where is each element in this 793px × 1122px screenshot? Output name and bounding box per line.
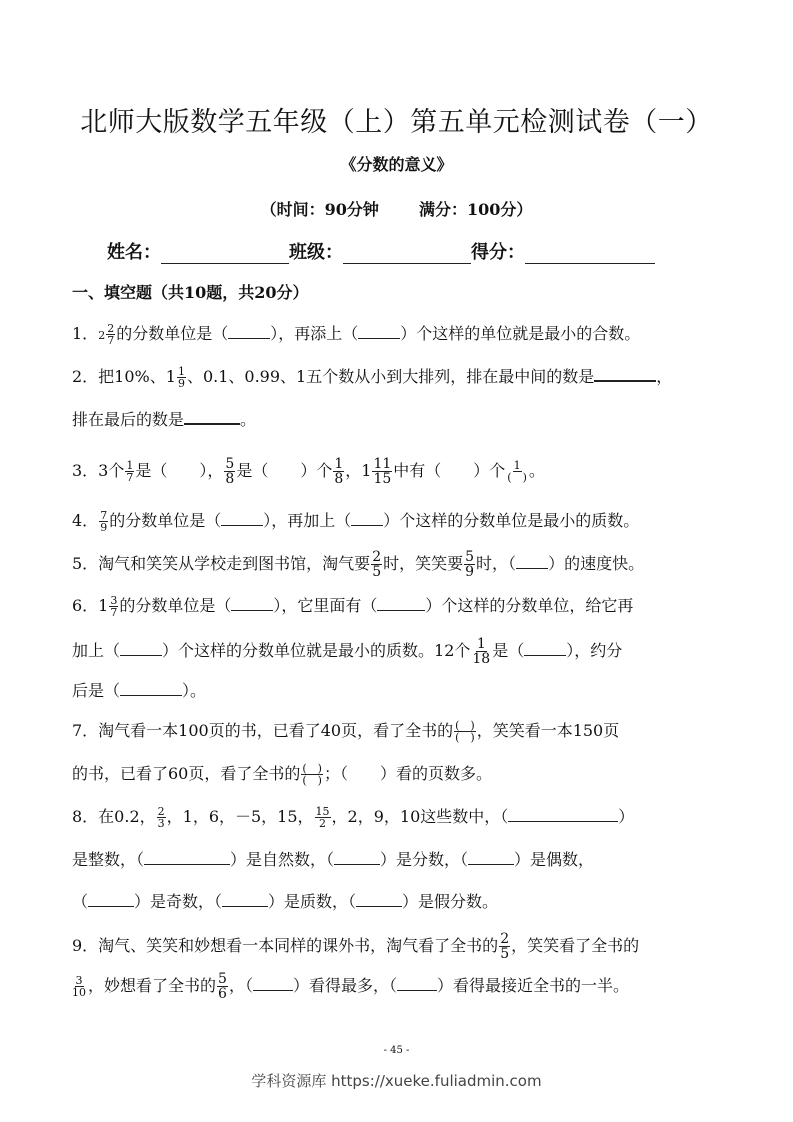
- answer-blank[interactable]: [221, 509, 263, 526]
- answer-blank[interactable]: [253, 974, 293, 991]
- fraction: 25: [499, 932, 510, 961]
- page-subtitle: 《分数的意义》: [0, 152, 793, 175]
- answer-blank[interactable]: [231, 594, 273, 611]
- answer-blank[interactable]: [120, 639, 162, 656]
- answer-blank[interactable]: [594, 364, 656, 382]
- answer-blank[interactable]: [524, 639, 566, 656]
- question-8: 8．在0.2，23，1，6，－5，15，152，2，9，10这些数中，（）: [72, 805, 634, 829]
- fraction: 1115: [372, 457, 392, 486]
- fraction: 19: [177, 366, 186, 389]
- question-7-line-2: 的书，已看了60页，看了全书的( )( )；（ ）看的页数多。: [72, 763, 492, 786]
- question-3: 3．3个17是（ ），58是（ ）个18，11115中有（ ）个1( )。: [72, 457, 545, 486]
- page-title: 北师大版数学五年级（上）第五单元检测试卷（一）: [0, 100, 793, 139]
- score-label: 得分：: [471, 242, 525, 263]
- section-title: 一、填空题（共10题，共20分）: [72, 280, 309, 303]
- time-limit: （时间：90分钟: [261, 200, 379, 219]
- answer-blank[interactable]: [144, 848, 230, 865]
- question-6: 6．137的分数单位是（），它里面有（）个这样的分数单位，给它再: [72, 594, 633, 618]
- answer-blank[interactable]: [222, 890, 268, 907]
- question-2: 2．把10%、119、0.1、0.99、1五个数从小到大排列，排在最中间的数是，: [72, 364, 672, 389]
- answer-blank[interactable]: [351, 509, 383, 526]
- fraction-blank[interactable]: ( )( ): [301, 763, 323, 786]
- fraction: 27: [106, 323, 115, 346]
- fraction: 152: [315, 806, 331, 829]
- answer-blank[interactable]: [88, 890, 134, 907]
- answer-blank[interactable]: [358, 322, 400, 339]
- answer-blank[interactable]: [516, 552, 548, 569]
- fraction: 1( ): [506, 460, 528, 483]
- name-field[interactable]: [161, 243, 289, 264]
- name-label: 姓名：: [107, 242, 161, 263]
- question-5: 5．淘气和笑笑从学校走到图书馆，淘气要25时，笑笑要59时，（）的速度快。: [72, 550, 644, 579]
- answer-blank[interactable]: [228, 322, 270, 339]
- answer-blank[interactable]: [334, 848, 380, 865]
- full-score: 满分：100分）: [419, 200, 532, 219]
- answer-blank[interactable]: [377, 594, 425, 611]
- fraction: 25: [371, 550, 382, 579]
- class-field[interactable]: [343, 243, 471, 264]
- fraction: 23: [157, 806, 166, 829]
- page-number: - 45 -: [0, 1045, 793, 1056]
- score-field[interactable]: [525, 243, 655, 264]
- question-8-line-3: （）是奇数，（）是质数，（）是假分数。: [72, 890, 498, 912]
- fraction: 310: [71, 975, 87, 998]
- question-9-line-2: 310，妙想看了全书的56，（）看得最多，（）看得最接近全书的一半。: [70, 972, 629, 1001]
- fraction: 79: [99, 510, 108, 533]
- fraction: 17: [125, 460, 134, 483]
- fraction: 118: [471, 637, 491, 666]
- question-1: 1．227的分数单位是（），再添上（）个这样的单位就是最小的合数。: [72, 322, 640, 346]
- fraction: 58: [224, 457, 235, 486]
- question-6-line-3: 后是（）。: [72, 679, 206, 701]
- fraction: 18: [333, 457, 344, 486]
- fraction: 56: [217, 972, 228, 1001]
- answer-blank[interactable]: [356, 890, 402, 907]
- question-9: 9．淘气、笑笑和妙想看一本同样的课外书，淘气看了全书的25，笑笑看了全书的: [72, 932, 639, 961]
- answer-blank[interactable]: [468, 848, 514, 865]
- question-8-line-2: 是整数，（）是自然数，（）是分数，（）是偶数，: [72, 848, 594, 870]
- question-7: 7．淘气看一本100页的书，已看了40页，看了全书的( )( )，笑笑看一本15…: [72, 720, 619, 743]
- exam-info: （时间：90分钟满分：100分）: [0, 197, 793, 220]
- question-2-line-2: 排在最后的数是。: [72, 407, 256, 430]
- answer-blank[interactable]: [397, 974, 437, 991]
- fraction-blank[interactable]: ( )( ): [454, 720, 476, 743]
- question-6-line-2: 加上（）个这样的分数单位就是最小的质数。12个118是（），约分: [72, 637, 622, 666]
- answer-blank[interactable]: [120, 679, 182, 696]
- question-4: 4．79的分数单位是（），再加上（）个这样的分数单位是最小的质数。: [72, 509, 639, 533]
- answer-blank[interactable]: [184, 407, 240, 425]
- fraction: 37: [109, 595, 118, 618]
- answer-blank[interactable]: [508, 805, 618, 822]
- source-watermark: 学科资源库 https://xueke.fuliadmin.com: [0, 1070, 793, 1091]
- fraction: 59: [464, 550, 475, 579]
- student-info-row: 姓名：班级：得分：: [107, 238, 655, 264]
- class-label: 班级：: [289, 242, 343, 263]
